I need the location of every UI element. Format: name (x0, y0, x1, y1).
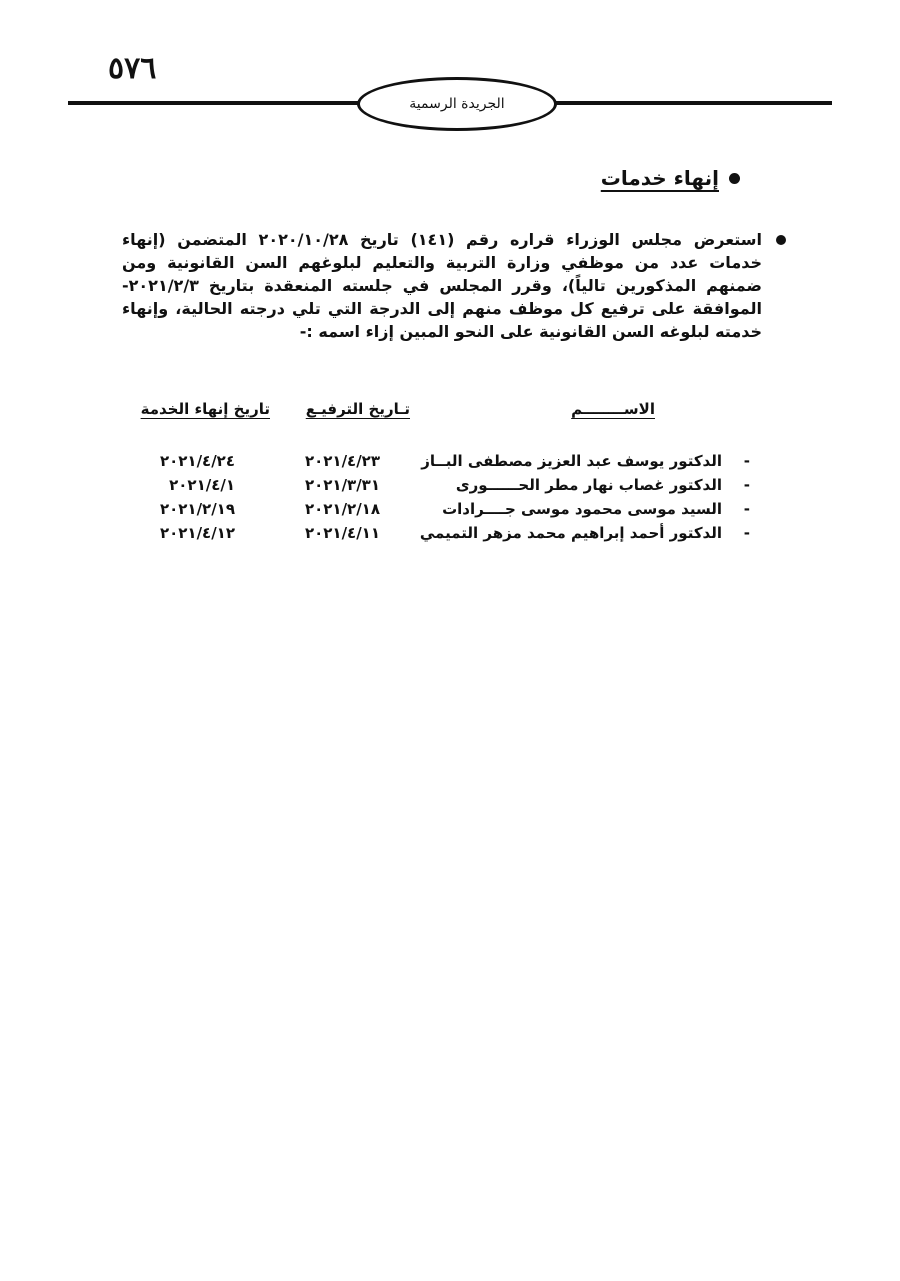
row-dash: - (744, 476, 750, 494)
row-dash: - (744, 524, 750, 542)
header-end-of-service-date: تاريخ إنهاء الخدمة (141, 400, 270, 418)
publication-name: الجريدة الرسمية (409, 96, 504, 112)
employees-table: الاســــــــم تـاريخ الترفيـع تاريخ إنها… (140, 400, 760, 548)
header-promotion-date: تـاريخ الترفيـع (306, 400, 410, 418)
employee-name: الدكتور غصاب نهار مطر الحــــــورى (456, 476, 722, 494)
end-of-service-date: ٢٠٢١/٤/٢٤ (160, 452, 235, 470)
table-row: - الدكتور أحمد إبراهيم محمد مزهر التميمي… (140, 524, 760, 548)
bullet-icon (729, 173, 740, 184)
header-name: الاســــــــم (571, 400, 655, 418)
decision-paragraph: استعرض مجلس الوزراء قراره رقم (١٤١) تاري… (122, 228, 762, 343)
table-header: الاســــــــم تـاريخ الترفيـع تاريخ إنها… (140, 400, 760, 430)
promotion-date: ٢٠٢١/٤/٢٣ (305, 452, 380, 470)
promotion-date: ٢٠٢١/٢/١٨ (305, 500, 380, 518)
table-row: - الدكتور يوسف عبد العزيز مصطفى البــاز … (140, 452, 760, 476)
promotion-date: ٢٠٢١/٤/١١ (305, 524, 380, 542)
table-row: - السيد موسى محمود موسى جــــرادات ٢٠٢١/… (140, 500, 760, 524)
table-row: - الدكتور غصاب نهار مطر الحــــــورى ٢٠٢… (140, 476, 760, 500)
end-of-service-date: ٢٠٢١/٤/١ (169, 476, 235, 494)
employee-name: الدكتور يوسف عبد العزيز مصطفى البــاز (421, 452, 722, 470)
bullet-icon (776, 235, 786, 245)
end-of-service-date: ٢٠٢١/٤/١٢ (160, 524, 235, 542)
table-body: - الدكتور يوسف عبد العزيز مصطفى البــاز … (140, 452, 760, 548)
employee-name: السيد موسى محمود موسى جــــرادات (442, 500, 722, 518)
row-dash: - (744, 452, 750, 470)
section-title: إنهاء خدمات (601, 166, 740, 190)
decision-text: استعرض مجلس الوزراء قراره رقم (١٤١) تاري… (122, 230, 762, 341)
promotion-date: ٢٠٢١/٣/٣١ (305, 476, 380, 494)
section-title-text: إنهاء خدمات (601, 166, 719, 190)
row-dash: - (744, 500, 750, 518)
end-of-service-date: ٢٠٢١/٢/١٩ (160, 500, 235, 518)
employee-name: الدكتور أحمد إبراهيم محمد مزهر التميمي (420, 524, 722, 542)
publication-emblem: الجريدة الرسمية (357, 77, 557, 131)
page-number: ٥٧٦ (108, 54, 156, 84)
